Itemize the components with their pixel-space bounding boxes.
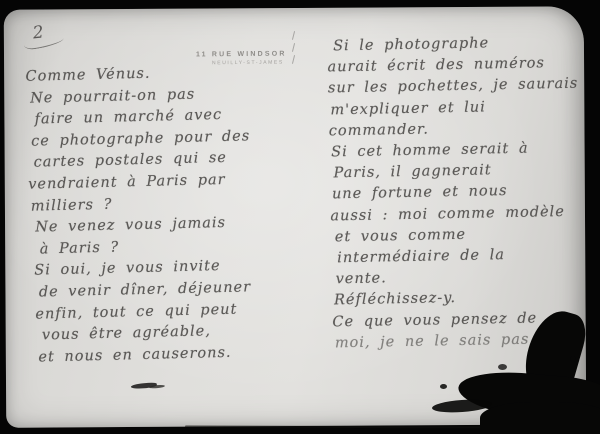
ink-blot xyxy=(370,304,600,434)
photo-frame: 2 11 RUE WINDSOR NEUILLY-ST-JAMES Comme … xyxy=(0,0,600,434)
page-number: 2 xyxy=(32,21,64,49)
left-column: Comme Vénus. Ne pourrait-on pas faire un… xyxy=(23,61,255,369)
gutter-pencil-marks xyxy=(289,28,299,76)
letterhead-address: 11 RUE WINDSOR xyxy=(196,51,287,59)
